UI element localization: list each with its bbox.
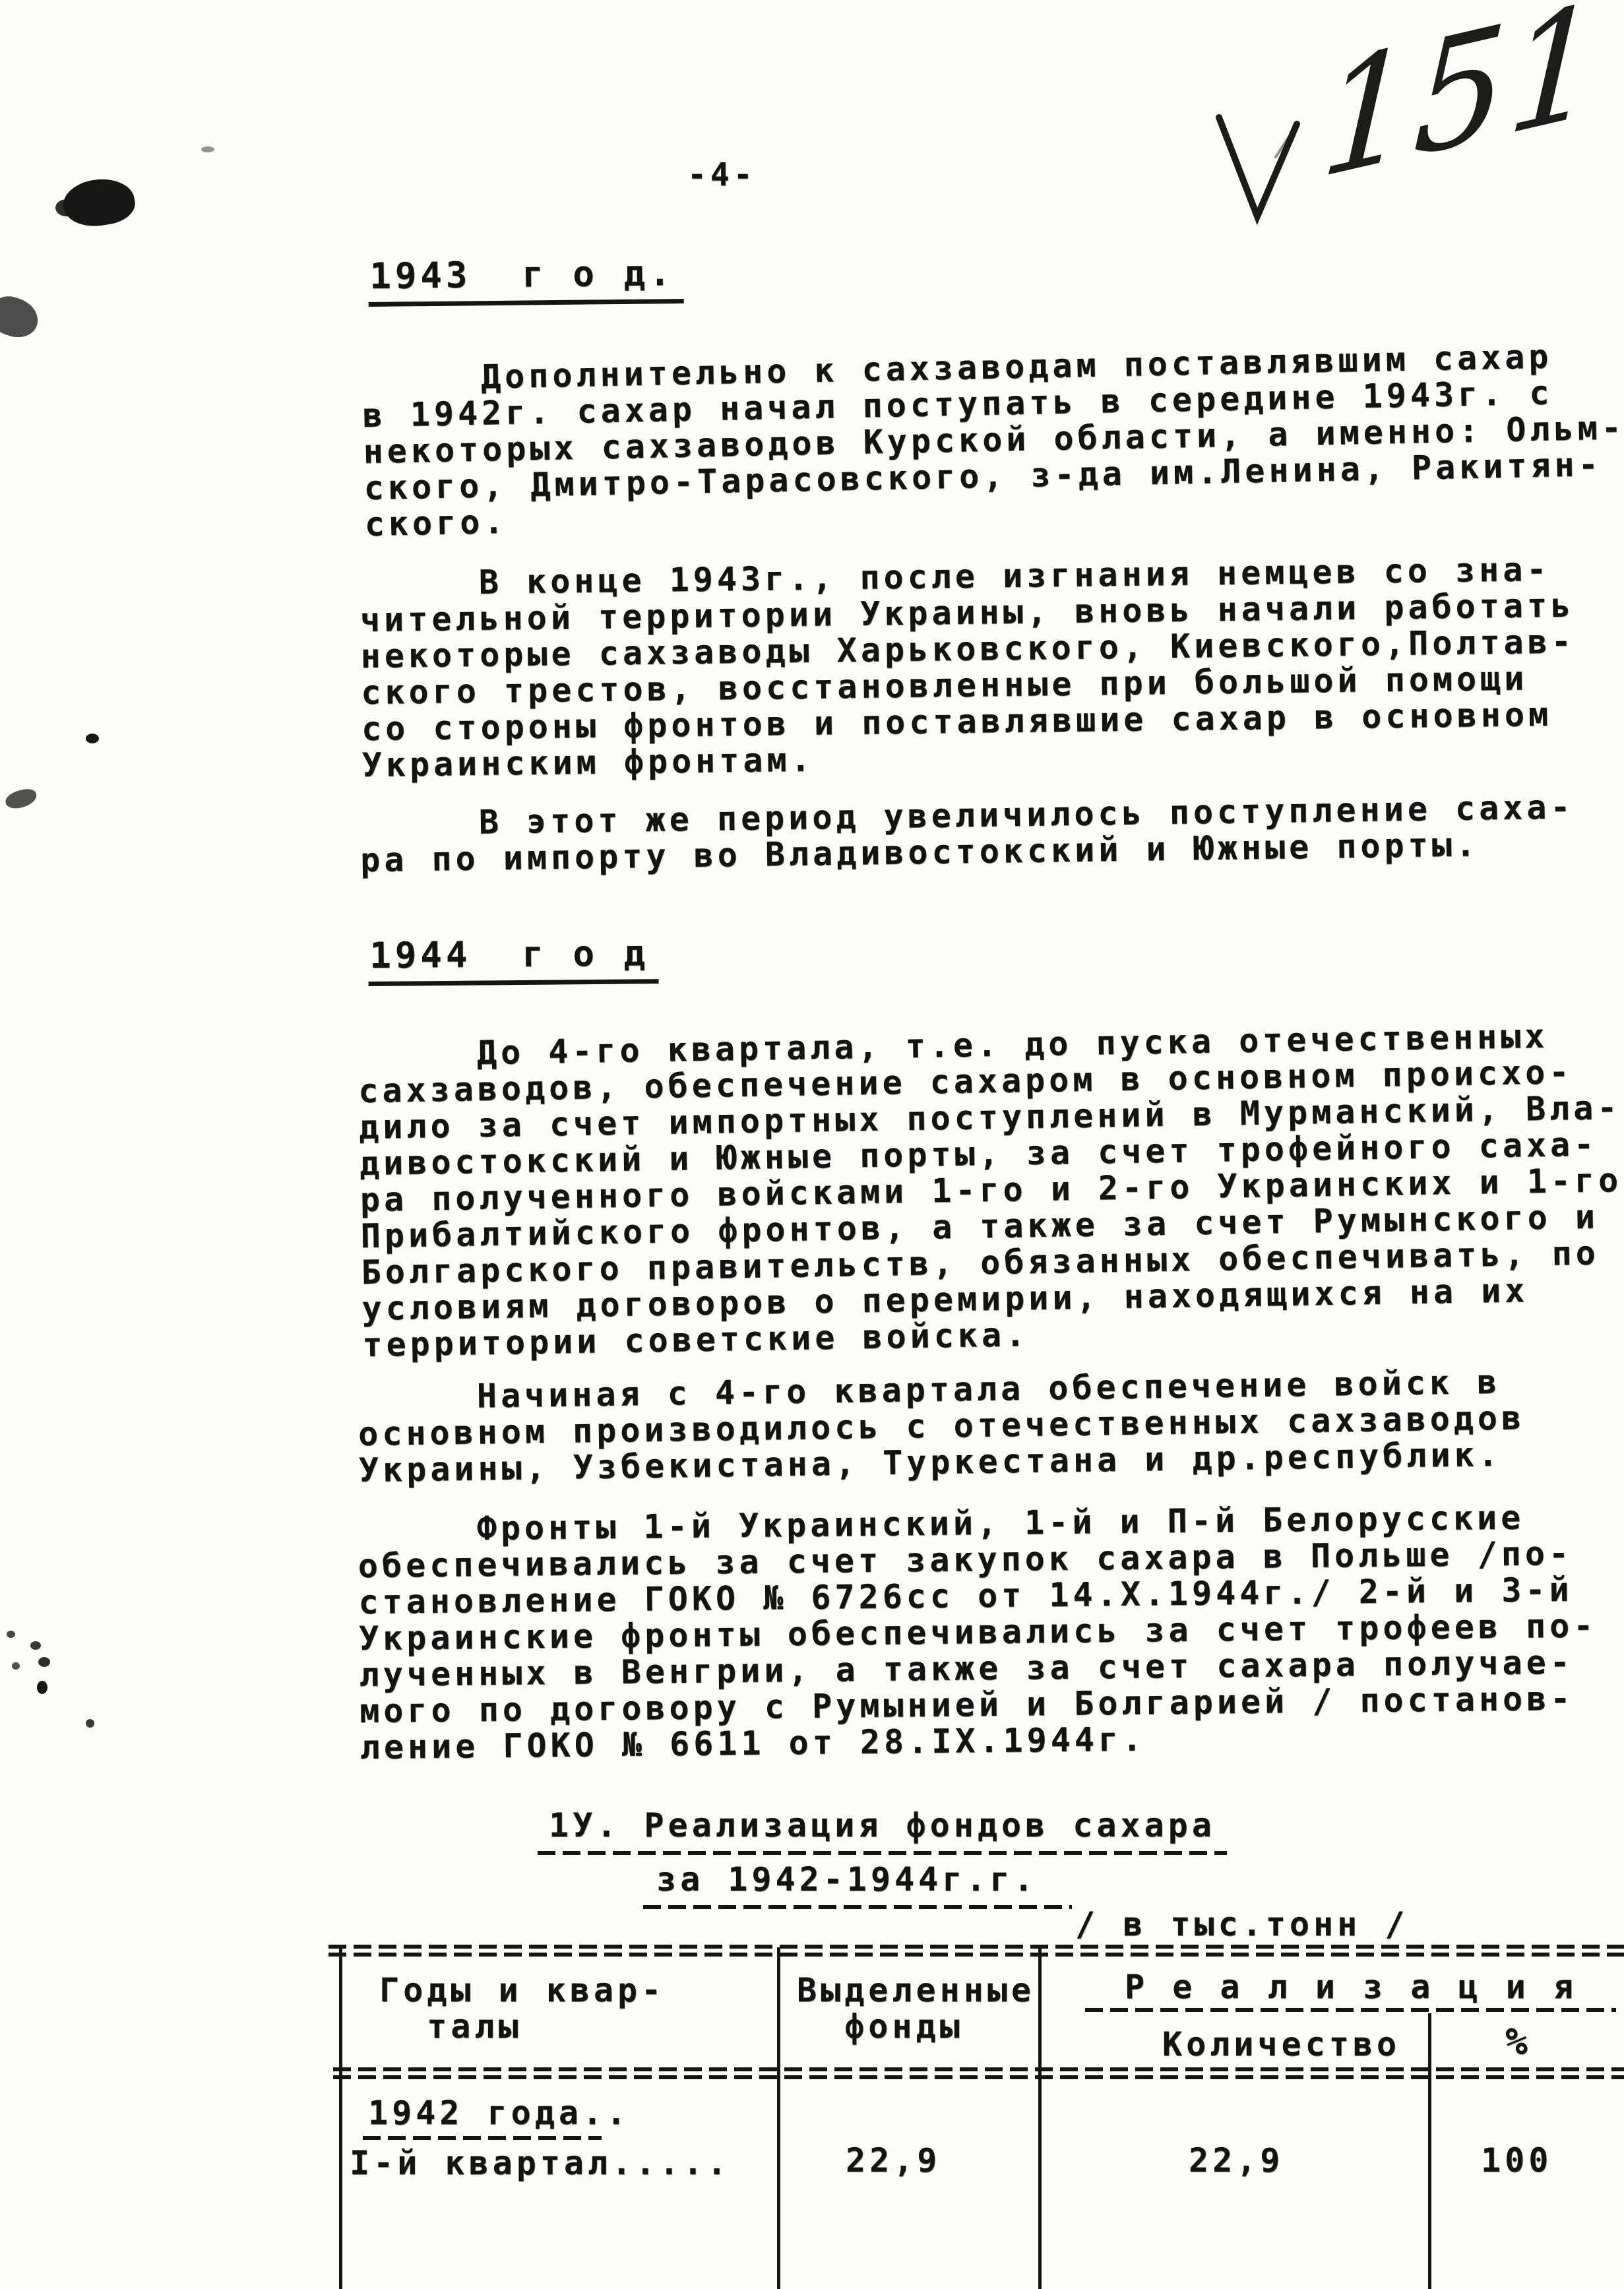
table-col2-separator (1038, 1947, 1042, 2289)
table-header-allocated-funds: Выделенные фонды (797, 1972, 1035, 2045)
paragraph-1943-2: В конце 1943г., после изгнания немцев со… (359, 551, 1577, 784)
table-title-line2: за 1942-1944г.г. (656, 1862, 1038, 1898)
table-title-underline1 (538, 1851, 1227, 1855)
realization-header-underline (1085, 2008, 1616, 2012)
table-header-realization: Р е а л и з а ц и я (1125, 1969, 1577, 2005)
ink-blot (55, 199, 78, 216)
ink-speck (37, 1681, 47, 1694)
ink-speck (86, 734, 99, 743)
ink-speck (30, 1641, 41, 1650)
scanned-document-page: { "page": { "number": "-4-", "handwritte… (0, 0, 1624, 2289)
table-col1-separator (777, 1947, 780, 2289)
table-subheader-percent: % (1505, 2024, 1532, 2060)
table-sub-separator (1428, 2013, 1431, 2289)
ink-smudge (4, 787, 39, 811)
table-row-quantity-value: 22,9 (1189, 2143, 1284, 2179)
table-units-note: / в тыс.тонн / (1075, 1906, 1408, 1943)
table-group-row-1942: 1942 года.. (368, 2095, 630, 2131)
ink-speck (201, 146, 214, 152)
paragraph-1943-3: В этот же период увеличилось поступление… (359, 789, 1575, 879)
paragraph-1944-1: До 4-го квартала, т.е. до пуска отечеств… (358, 1017, 1624, 1364)
group-row-underline (363, 2136, 602, 2140)
ink-speck (12, 1662, 20, 1670)
table-title-underline2 (643, 1905, 1072, 1909)
paragraph-1944-3: Фронты 1-й Украинский, 1-й и П-й Белорус… (358, 1499, 1598, 1766)
handwritten-checkmark-icon (1212, 99, 1325, 231)
paragraph-1944-2: Начиная с 4-го квартала обеспечение войс… (358, 1364, 1526, 1489)
ink-smudge (0, 292, 43, 342)
table-row-quarter-label: I-й квартал..... (350, 2145, 731, 2181)
ink-speck (7, 1631, 15, 1638)
table-left-border (339, 1947, 342, 2289)
table-subheader-quantity: Количество (1162, 2026, 1400, 2063)
table-row-allocated-value: 22,9 (846, 2143, 941, 2179)
paragraph-1943-1: Дополнительно к сахзаводам поставлявшим … (361, 337, 1624, 543)
handwritten-page-number: 151 (1317, 0, 1606, 214)
ink-speck (86, 1719, 94, 1728)
table-row-percent-value: 100 (1481, 2143, 1552, 2179)
table-header-years-quarters: Годы и квар- талы (379, 1972, 665, 2045)
table-title-line1: 1У. Реализация фондов сахара (549, 1807, 1216, 1844)
table-top-border (328, 1945, 1624, 1960)
section-heading-1943: 1943 г о д. (368, 254, 684, 307)
section-heading-1944: 1944 г о д (368, 934, 658, 986)
page-number: -4- (687, 157, 757, 193)
table-header-bottom-border (333, 2067, 1624, 2083)
ink-speck (38, 1657, 50, 1667)
